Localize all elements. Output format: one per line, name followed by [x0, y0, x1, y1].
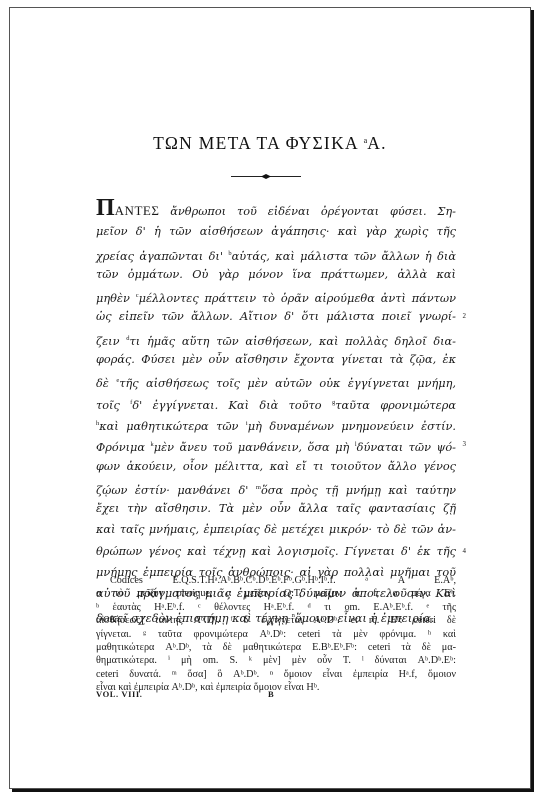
- text-segment: φοράς. Φύσει μὲν οὖν αἴσθησιν ἔχοντα γίν…: [96, 353, 456, 366]
- text-line: φοράς. Φύσει μὲν οὖν αἴσθησιν ἔχοντα γίν…: [96, 349, 456, 370]
- footnote-line: μαθητικώτερα Aᵇ.Dᵇ, τὰ δὲ μαθητικώτερα E…: [96, 641, 456, 654]
- text-segment: ἄνθρωποι τοῦ εἰδέναι ὀρέγονται φύσει. Ση…: [159, 205, 456, 218]
- text-segment: ζειν: [96, 335, 126, 348]
- footnote-line: Codices E.Q.S.T.Hᵃ.Aᵇ.Bᵇ.Cᵇ.Dᵇ.Eᵇ.Fᵇ.Gᵇ.…: [96, 574, 456, 587]
- text-segment: δύναται τῶν ψό-: [357, 441, 456, 454]
- volume-label: VOL. VIII.: [96, 689, 143, 699]
- text-line: ὡς εἰπεῖν τῶν ἄλλων. Αἴτιον δ' ὅτι μάλισ…: [96, 306, 456, 327]
- text-segment: καὶ μαθητικώτερα τῶν: [99, 420, 246, 433]
- title-text: ΤΩΝ ΜΕΤΑ ΤΑ ΦΥΣΙΚΑ: [153, 133, 358, 153]
- text-line: μεῖον δ' ἡ τῶν αἰσθήσεων ἀγάπησις· καὶ γ…: [96, 221, 456, 242]
- text-segment: ζῴων ἐστίν· μανθάνει δ': [96, 484, 256, 497]
- title-book: Α.: [367, 133, 387, 153]
- text-line: ζῴων ἐστίν· μανθάνει δ' mὅσα πρὸς τῇ μνή…: [96, 477, 456, 498]
- footnote-line: ᵇ ἑαυτὰς Hᵃ.Eᵇ.f. ᶜ θέλοντες Hᵃ.Eᵇ.f. ᵈ …: [96, 601, 456, 614]
- footnote-line: α τὸ μεῖζον plerique, α μεῖζον Q.T, μεῖζ…: [96, 587, 456, 600]
- main-text: ΠΑΝΤΕΣ ἄνθρωποι τοῦ εἰδέναι ὀρέγονται φύ…: [96, 200, 456, 626]
- text-line: ΠΑΝΤΕΣ ἄνθρωποι τοῦ εἰδέναι ὀρέγονται φύ…: [96, 200, 456, 221]
- footnote-line: θηματικώτερα. ⁱ μὴ om. S. ᵏ μὲν] μὲν οὖν…: [96, 654, 456, 667]
- text-segment: χρείας ἀγαπῶνται δι': [96, 250, 228, 263]
- text-segment: τοῖς: [96, 399, 130, 412]
- text-segment: 3: [463, 434, 467, 455]
- text-line: ἔχει τὴν αἴσθησιν. Τὰ μὲν οὖν ἄλλα ταῖς …: [96, 498, 456, 519]
- text-segment: μὴ δυναμένων μνημονεύειν ἐστίν.: [248, 420, 456, 433]
- text-line: μηθὲν cμέλλοντες πράττειν τὸ ὁρᾶν αἱρούμ…: [96, 285, 456, 306]
- text-line: τῶν ὀμμάτων. Οὐ γὰρ μόνον ἵνα πράττωμεν,…: [96, 264, 456, 285]
- page-title: ΤΩΝ ΜΕΤΑ ΤΑ ΦΥΣΙΚΑ aΑ.: [10, 133, 530, 154]
- text-segment: τῆς αἰσθήσεως τοῖς μὲν αὐτῶν οὐκ ἐγγίγνε…: [119, 377, 456, 390]
- text-line: φων ἀκούειν, οἷον μέλιττα, καὶ εἴ τι τοι…: [96, 456, 456, 477]
- text-segment: μέλλοντες πράττειν τὸ ὁρᾶν αἱρούμεθα ἀντ…: [139, 292, 456, 305]
- text-segment: θρώπων γένος καὶ τέχνῃ καὶ λογισμοῖς. Γί…: [96, 545, 456, 558]
- text-segment: ὅσα πρὸς τῇ μνήμῃ καὶ ταύτην: [261, 484, 456, 497]
- ornament-rule-icon: [231, 176, 301, 177]
- book-page: ΤΩΝ ΜΕΤΑ ΤΑ ΦΥΣΙΚΑ aΑ. ΠΑΝΤΕΣ ἄνθρωποι τ…: [9, 7, 531, 789]
- drop-cap: Π: [96, 195, 115, 221]
- text-segment: τι ἡμᾶς αὕτη τῶν αἰσθήσεων, καὶ πολλὰς δ…: [130, 335, 456, 348]
- text-line: hκαὶ μαθητικώτερα τῶν iμὴ δυναμένων μνημ…: [96, 413, 456, 434]
- text-line: τοῖς fδ' ἐγγίγνεται. Καὶ διὰ τοῦτο gταῦτ…: [96, 392, 456, 413]
- footnote-line: αἰσθήσεως] ταύτης Aᵇ.Dᵇ. ᶠ δ' ἐγγίγνεται…: [96, 614, 456, 627]
- footnotes: Codices E.Q.S.T.Hᵃ.Aᵇ.Bᵇ.Cᵇ.Dᵇ.Eᵇ.Fᵇ.Gᵇ.…: [96, 574, 456, 695]
- text-segment: 2: [463, 306, 467, 327]
- text-segment: ὡς εἰπεῖν τῶν ἄλλων. Αἴτιον δ' ὅτι μάλισ…: [96, 310, 456, 323]
- text-segment: ΑΝΤΕΣ: [115, 203, 160, 218]
- text-segment: δ' ἐγγίγνεται. Καὶ διὰ τοῦτο: [132, 399, 332, 412]
- footnote-line: εἶναι καὶ ἐμπειρία Aᵇ.Dᵇ, καὶ ἐμπειρία ὅ…: [96, 681, 456, 694]
- signature-mark: B: [268, 689, 274, 699]
- text-line: ζειν dτι ἡμᾶς αὕτη τῶν αἰσθήσεων, καὶ πο…: [96, 328, 456, 349]
- text-line: δὲ eτῆς αἰσθήσεως τοῖς μὲν αὐτῶν οὐκ ἐγγ…: [96, 370, 456, 391]
- text-segment: ταῦτα φρονιμώτερα: [335, 399, 456, 412]
- text-segment: μεῖον δ' ἡ τῶν αἰσθήσεων ἀγάπησις· καὶ γ…: [96, 225, 456, 238]
- text-segment: μηθὲν: [96, 292, 136, 305]
- text-segment: Φρόνιμα: [96, 441, 151, 454]
- text-line: χρείας ἀγαπῶνται δι' bαὑτάς, καὶ μάλιστα…: [96, 243, 456, 264]
- text-segment: αὑτάς, καὶ μάλιστα τῶν ἄλλων ἡ διὰ: [232, 250, 456, 263]
- text-segment: καὶ ταῖς μνήμαις, ἐμπειρίας δὲ μετέχει μ…: [96, 523, 456, 536]
- footnote-line: ceteri δυνατά. ᵐ ὅσα] ὃ Aᵇ.Dᵇ. ⁿ ὅμοιον …: [96, 668, 456, 681]
- text-segment: ἔχει τὴν αἴσθησιν. Τὰ μὲν οὖν ἄλλα ταῖς …: [96, 502, 456, 515]
- text-segment: τῶν ὀμμάτων. Οὐ γὰρ μόνον ἵνα πράττωμεν,…: [96, 268, 456, 281]
- text-segment: δὲ: [96, 377, 116, 390]
- text-line: θρώπων γένος καὶ τέχνῃ καὶ λογισμοῖς. Γί…: [96, 541, 456, 562]
- text-segment: 4: [463, 541, 467, 562]
- footnote-line: γίγνεται. ᵍ ταῦτα φρονιμώτερα Aᵇ.Dᵇ: cet…: [96, 628, 456, 641]
- text-segment: φων ἀκούειν, οἷον μέλιττα, καὶ εἴ τι τοι…: [96, 460, 456, 473]
- text-line: Φρόνιμα kμὲν ἄνευ τοῦ μανθάνειν, ὅσα μὴ …: [96, 434, 456, 455]
- text-line: καὶ ταῖς μνήμαις, ἐμπειρίας δὲ μετέχει μ…: [96, 519, 456, 540]
- text-segment: μὲν ἄνευ τοῦ μανθάνειν, ὅσα μὴ: [154, 441, 355, 454]
